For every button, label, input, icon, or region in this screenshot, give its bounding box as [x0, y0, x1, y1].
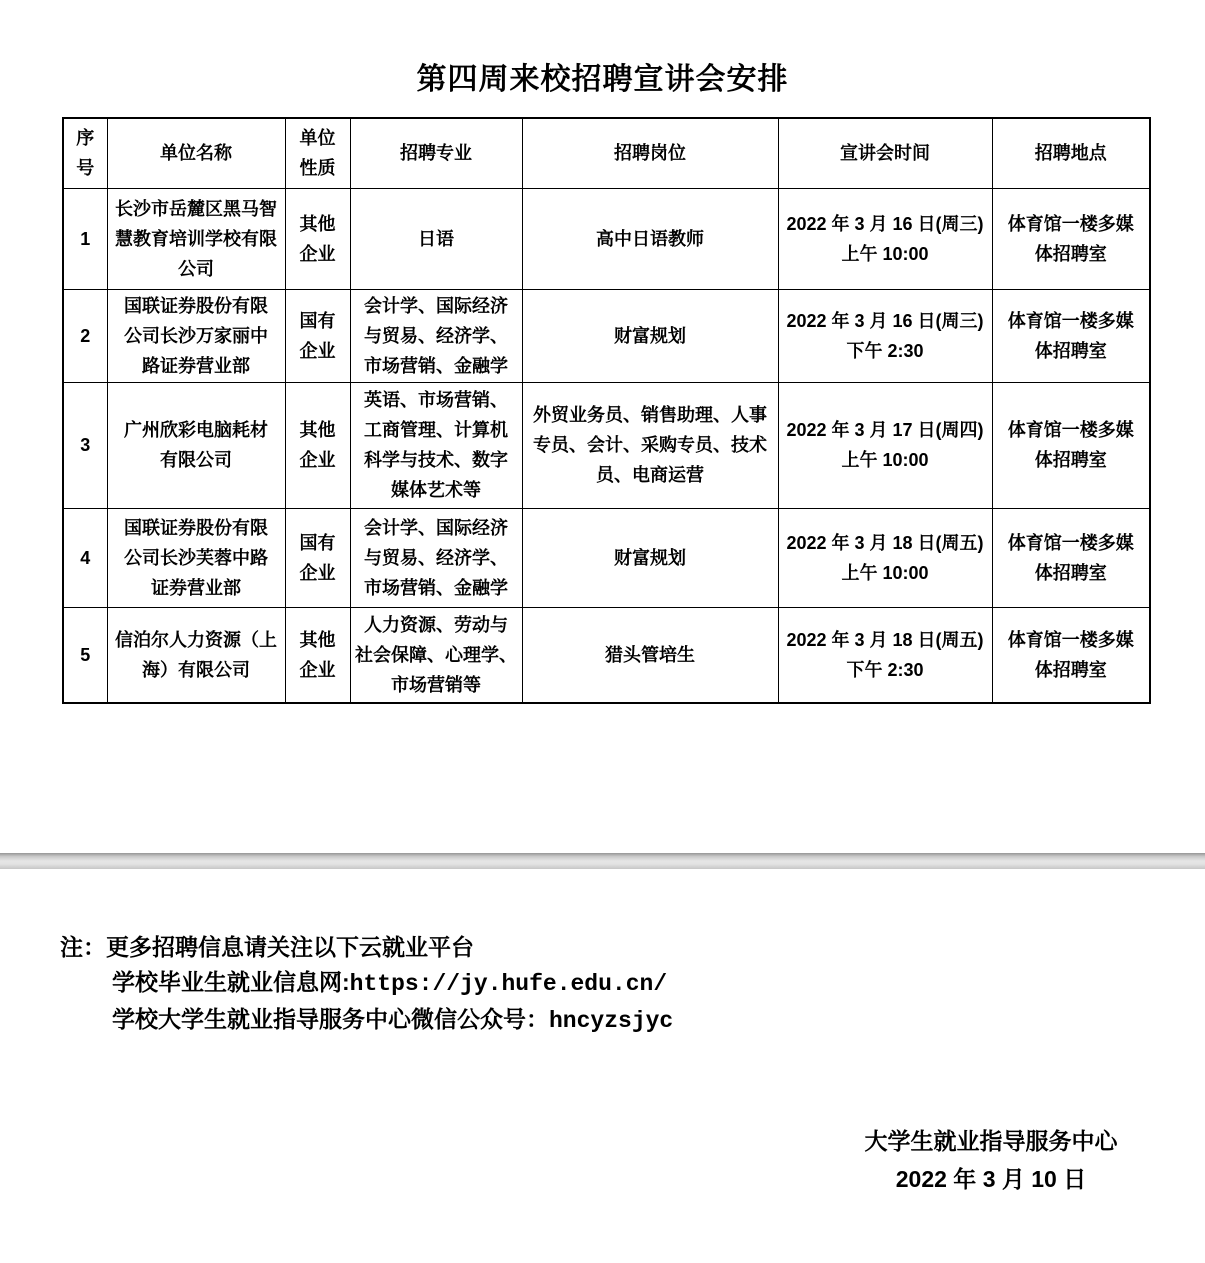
cell-index: 1 — [63, 188, 107, 289]
header-cell-majors: 招聘专业 — [350, 118, 522, 188]
note-line-2-url: https://jy.hufe.edu.cn/ — [350, 971, 667, 997]
cell-company: 国联证券股份有限 公司长沙芙蓉中路 证券营业部 — [107, 508, 285, 607]
note-line-3: 学校大学生就业指导服务中心微信公众号：hncyzsjyc — [60, 1002, 673, 1039]
note-line-1: 注：更多招聘信息请关注以下云就业平台 — [60, 930, 673, 965]
cell-company: 信泊尔人力资源（上 海）有限公司 — [107, 607, 285, 703]
table-row: 1长沙市岳麓区黑马智 慧教育培训学校有限 公司其他 企业日语高中日语教师2022… — [63, 188, 1150, 289]
table-row: 4国联证券股份有限 公司长沙芙蓉中路 证券营业部国有 企业会计学、国际经济 与贸… — [63, 508, 1150, 607]
header-cell-location: 招聘地点 — [992, 118, 1150, 188]
cell-index: 4 — [63, 508, 107, 607]
table-header: 序 号单位名称单位 性质招聘专业招聘岗位宣讲会时间招聘地点 — [63, 118, 1150, 188]
cell-time: 2022 年 3 月 18 日(周五) 下午 2:30 — [778, 607, 992, 703]
cell-type: 国有 企业 — [285, 508, 350, 607]
cell-positions: 财富规划 — [522, 508, 778, 607]
cell-location: 体育馆一楼多媒 体招聘室 — [992, 508, 1150, 607]
cell-time: 2022 年 3 月 18 日(周五) 上午 10:00 — [778, 508, 992, 607]
header-cell-positions: 招聘岗位 — [522, 118, 778, 188]
cell-company: 国联证券股份有限 公司长沙万家丽中 路证券营业部 — [107, 289, 285, 382]
note-line-2-label: 学校毕业生就业信息网: — [112, 969, 350, 995]
signature-org: 大学生就业指导服务中心 — [843, 1122, 1139, 1160]
table-row: 5信泊尔人力资源（上 海）有限公司其他 企业人力资源、劳动与 社会保障、心理学、… — [63, 607, 1150, 703]
note-line-3-value: hncyzsjyc — [549, 1008, 673, 1034]
cell-majors: 会计学、国际经济 与贸易、经济学、 市场营销、金融学 — [350, 508, 522, 607]
signature-date: 2022 年 3 月 10 日 — [843, 1160, 1139, 1198]
header-cell-company: 单位名称 — [107, 118, 285, 188]
cell-majors: 日语 — [350, 188, 522, 289]
cell-positions: 高中日语教师 — [522, 188, 778, 289]
header-cell-type: 单位 性质 — [285, 118, 350, 188]
cell-type: 其他 企业 — [285, 188, 350, 289]
page-break-separator — [0, 853, 1205, 869]
note-line-2: 学校毕业生就业信息网:https://jy.hufe.edu.cn/ — [60, 965, 673, 1002]
header-cell-time: 宣讲会时间 — [778, 118, 992, 188]
cell-positions: 外贸业务员、销售助理、人事 专员、会计、采购专员、技术 员、电商运营 — [522, 382, 778, 508]
cell-positions: 猎头管培生 — [522, 607, 778, 703]
document-page: { "colors": { "text": "#000000", "backgr… — [0, 0, 1205, 1263]
cell-majors: 人力资源、劳动与 社会保障、心理学、 市场营销等 — [350, 607, 522, 703]
cell-index: 2 — [63, 289, 107, 382]
cell-company: 长沙市岳麓区黑马智 慧教育培训学校有限 公司 — [107, 188, 285, 289]
header-cell-index: 序 号 — [63, 118, 107, 188]
note-block: 注：更多招聘信息请关注以下云就业平台 学校毕业生就业信息网:https://jy… — [60, 930, 673, 1039]
cell-type: 其他 企业 — [285, 607, 350, 703]
signature-block: 大学生就业指导服务中心 2022 年 3 月 10 日 — [843, 1122, 1139, 1198]
cell-type: 国有 企业 — [285, 289, 350, 382]
table-row: 3广州欣彩电脑耗材 有限公司其他 企业英语、市场营销、 工商管理、计算机 科学与… — [63, 382, 1150, 508]
table-row: 2国联证券股份有限 公司长沙万家丽中 路证券营业部国有 企业会计学、国际经济 与… — [63, 289, 1150, 382]
table-body: 1长沙市岳麓区黑马智 慧教育培训学校有限 公司其他 企业日语高中日语教师2022… — [63, 188, 1150, 703]
cell-location: 体育馆一楼多媒 体招聘室 — [992, 188, 1150, 289]
cell-majors: 英语、市场营销、 工商管理、计算机 科学与技术、数字 媒体艺术等 — [350, 382, 522, 508]
cell-time: 2022 年 3 月 17 日(周四) 上午 10:00 — [778, 382, 992, 508]
cell-location: 体育馆一楼多媒 体招聘室 — [992, 382, 1150, 508]
cell-majors: 会计学、国际经济 与贸易、经济学、 市场营销、金融学 — [350, 289, 522, 382]
cell-location: 体育馆一楼多媒 体招聘室 — [992, 607, 1150, 703]
cell-positions: 财富规划 — [522, 289, 778, 382]
page-title: 第四周来校招聘宣讲会安排 — [0, 54, 1205, 98]
cell-time: 2022 年 3 月 16 日(周三) 下午 2:30 — [778, 289, 992, 382]
cell-time: 2022 年 3 月 16 日(周三) 上午 10:00 — [778, 188, 992, 289]
schedule-table: 序 号单位名称单位 性质招聘专业招聘岗位宣讲会时间招聘地点 1长沙市岳麓区黑马智… — [62, 117, 1151, 704]
cell-index: 5 — [63, 607, 107, 703]
cell-type: 其他 企业 — [285, 382, 350, 508]
cell-location: 体育馆一楼多媒 体招聘室 — [992, 289, 1150, 382]
cell-company: 广州欣彩电脑耗材 有限公司 — [107, 382, 285, 508]
table-header-row: 序 号单位名称单位 性质招聘专业招聘岗位宣讲会时间招聘地点 — [63, 118, 1150, 188]
note-line-3-label: 学校大学生就业指导服务中心微信公众号： — [112, 1006, 549, 1032]
cell-index: 3 — [63, 382, 107, 508]
